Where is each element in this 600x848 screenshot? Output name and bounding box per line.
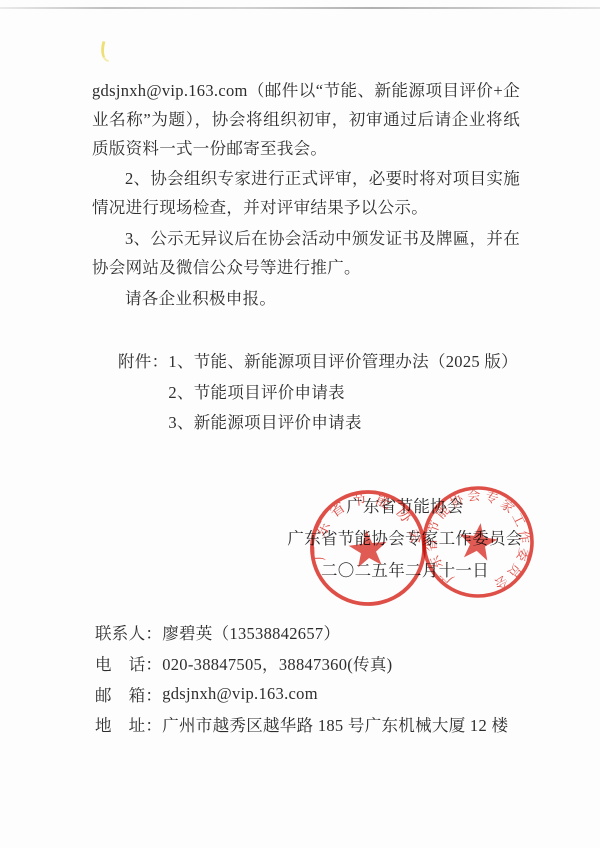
attachment-item: 2、节能项目评价申请表 xyxy=(168,378,518,409)
scan-artifact-line xyxy=(0,7,600,9)
contact-phone-label: 电 话： xyxy=(95,651,162,675)
contact-email-label: 邮 箱： xyxy=(95,682,162,706)
scanned-document-page: gdsjnxh@vip.163.com（邮件以“节能、新能源项目评价+企业名称”… xyxy=(0,0,600,848)
star-icon xyxy=(457,521,500,562)
star-icon xyxy=(347,528,389,568)
contact-email-row: 邮 箱： gdsjnxh@vip.163.com xyxy=(95,678,508,709)
document-body: gdsjnxh@vip.163.com（邮件以“节能、新能源项目评价+企业名称”… xyxy=(92,77,520,313)
attachments-label: 附件： xyxy=(118,347,168,378)
official-seal-expert-committee: 广东省节能协会专家工作委员会 xyxy=(414,478,543,607)
official-seal-association: 广东省节能协会 xyxy=(302,482,434,614)
paragraph-item-2: 2、协会组织专家进行正式评审，必要时将对项目实施情况进行现场检查，并对评审结果予… xyxy=(92,165,520,223)
attachment-item: 3、新能源项目评价申请表 xyxy=(168,408,518,439)
contact-address-value: 广州市越秀区越华路 185 号广东机械大厦 12 楼 xyxy=(162,712,508,736)
attachments-list: 1、节能、新能源项目评价管理办法（2025 版） 2、节能项目评价申请表 3、新… xyxy=(168,347,518,439)
contact-address-row: 地 址： 广州市越秀区越华路 185 号广东机械大厦 12 楼 xyxy=(95,709,508,740)
contact-phone-value: 020-38847505，38847360(传真) xyxy=(162,651,392,675)
attachment-item: 1、节能、新能源项目评价管理办法（2025 版） xyxy=(168,347,518,378)
contact-address-label: 地 址： xyxy=(95,712,162,736)
contact-email-value: gdsjnxh@vip.163.com xyxy=(162,684,318,704)
contact-person-label: 联系人： xyxy=(95,620,162,644)
contact-person-row: 联系人： 廖碧英（13538842657） xyxy=(95,617,508,648)
contact-phone-row: 电 话： 020-38847505，38847360(传真) xyxy=(95,648,508,679)
contact-person-value: 廖碧英（13538842657） xyxy=(162,620,340,644)
yellow-pen-mark xyxy=(98,41,113,62)
attachments-block: 附件： 1、节能、新能源项目评价管理办法（2025 版） 2、节能项目评价申请表… xyxy=(118,347,518,439)
paragraph-call-to-apply: 请各企业积极申报。 xyxy=(92,285,520,314)
paragraph-email-continuation: gdsjnxh@vip.163.com（邮件以“节能、新能源项目评价+企业名称”… xyxy=(92,77,520,163)
paragraph-item-3: 3、公示无异议后在协会活动中颁发证书及牌匾，并在协会网站及微信公众号等进行推广。 xyxy=(92,225,520,283)
contact-block: 联系人： 廖碧英（13538842657） 电 话： 020-38847505，… xyxy=(95,617,508,740)
